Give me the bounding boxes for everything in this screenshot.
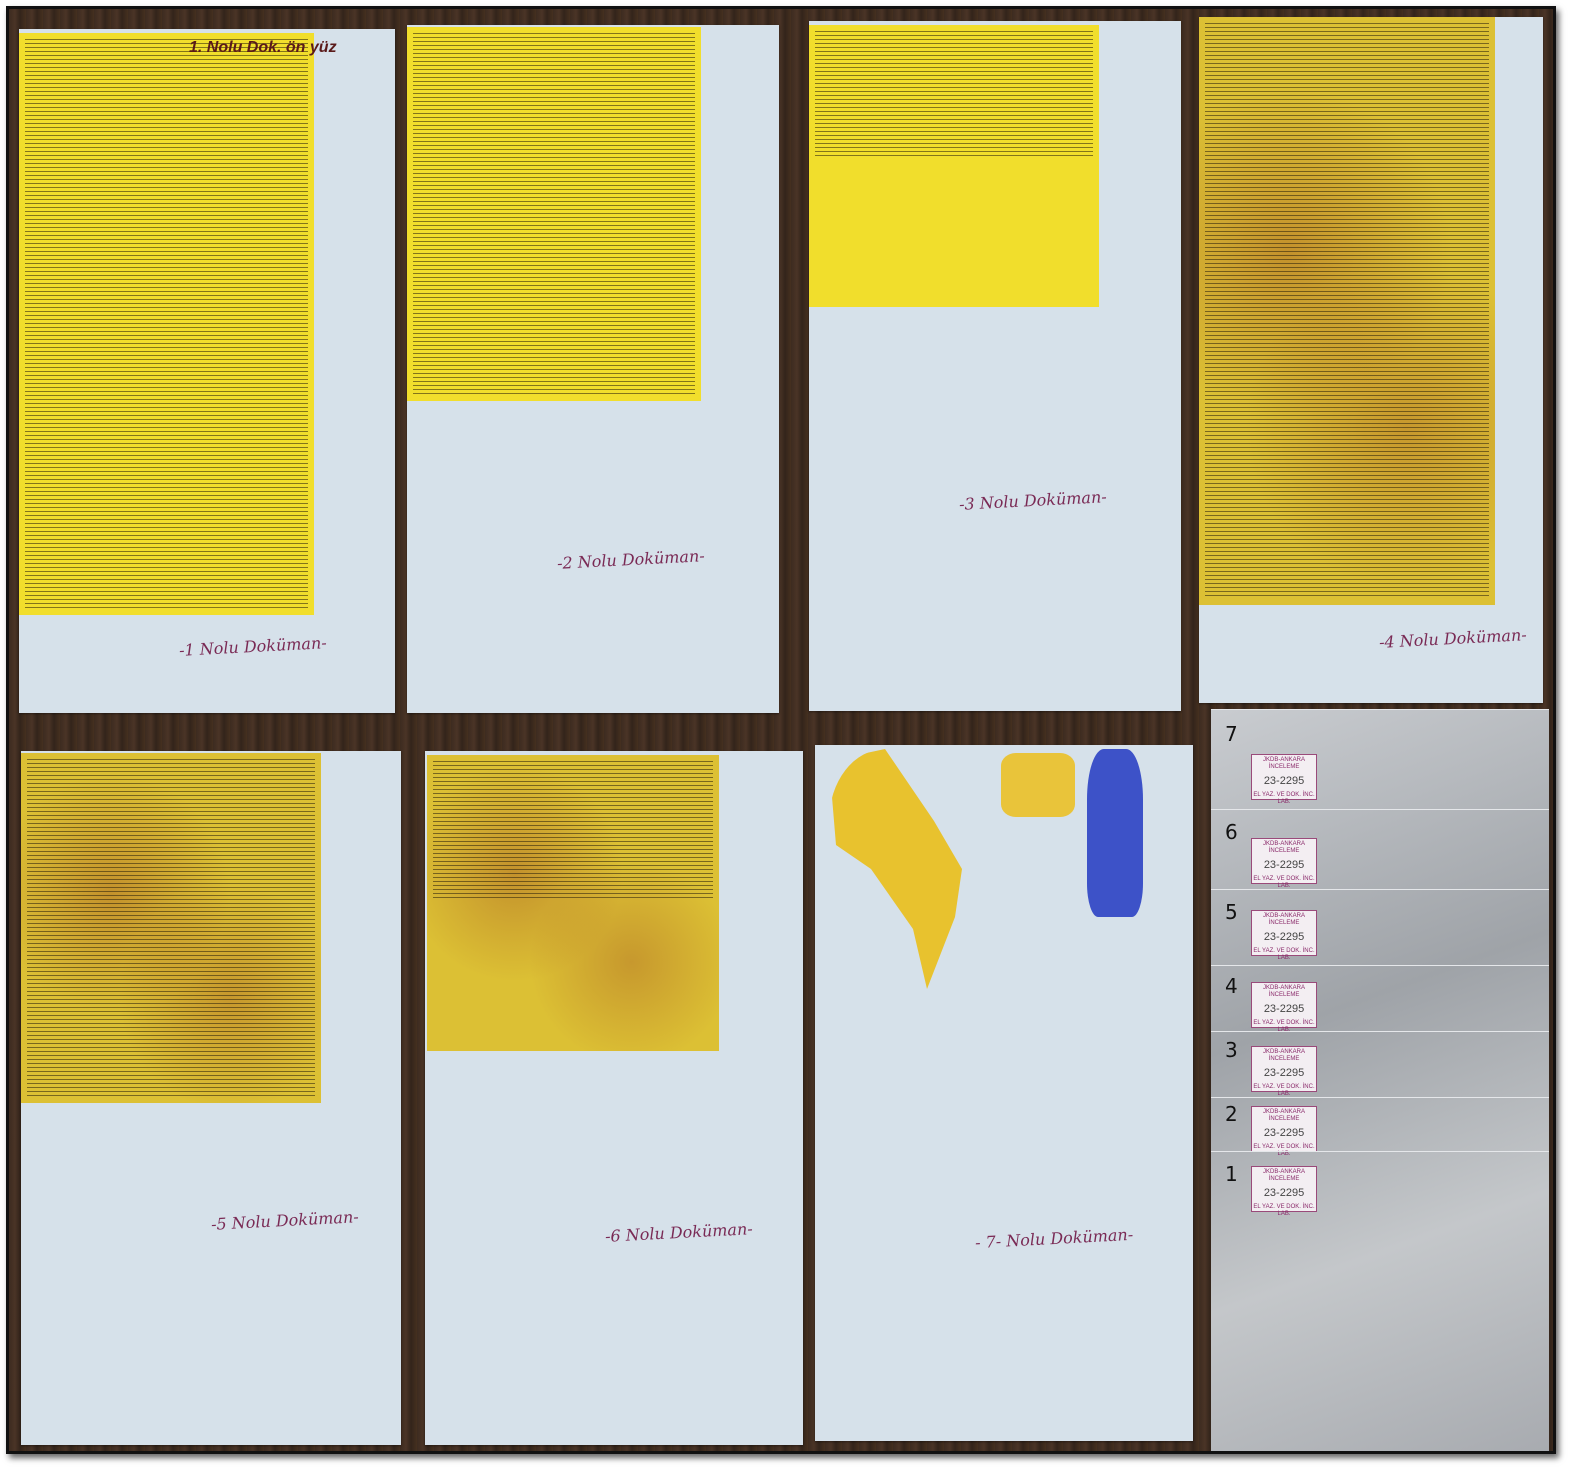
evidence-stamp-7: JKDB-ANKARA İNCELEME 23-2295 EL YAZ. VE … (1251, 754, 1317, 800)
document-2-paper (407, 27, 701, 401)
evidence-sleeves: 7 JKDB-ANKARA İNCELEME 23-2295 EL YAZ. V… (1211, 709, 1549, 1451)
sleeve-7: 7 JKDB-ANKARA İNCELEME 23-2295 EL YAZ. V… (1211, 709, 1549, 775)
document-3-label: -3 Nolu Doküman- (959, 487, 1107, 514)
sleeve-6: 6 JKDB-ANKARA İNCELEME 23-2295 EL YAZ. V… (1211, 809, 1549, 875)
document-6-label: -6 Nolu Doküman- (605, 1219, 753, 1246)
document-1-sheet: 1. Nolu Dok. ön yüz -1 Nolu Doküman- (19, 29, 395, 713)
evidence-stamp-1: JKDB-ANKARA İNCELEME 23-2295 EL YAZ. VE … (1251, 1166, 1317, 1212)
sleeve-1: 1 JKDB-ANKARA İNCELEME 23-2295 EL YAZ. V… (1211, 1151, 1549, 1217)
document-4-paper (1199, 17, 1495, 605)
document-7-sheet: - 7- Nolu Doküman- (815, 745, 1193, 1441)
evidence-stamp-6: JKDB-ANKARA İNCELEME 23-2295 EL YAZ. VE … (1251, 838, 1317, 884)
document-1-top-note: 1. Nolu Dok. ön yüz (189, 39, 337, 57)
evidence-stamp-5: JKDB-ANKARA İNCELEME 23-2295 EL YAZ. VE … (1251, 910, 1317, 956)
document-3-sheet: -3 Nolu Doküman- (809, 21, 1181, 711)
document-5-label: -5 Nolu Doküman- (211, 1207, 359, 1234)
document-5-paper (21, 753, 321, 1103)
evidence-stamp-3: JKDB-ANKARA İNCELEME 23-2295 EL YAZ. VE … (1251, 1046, 1317, 1092)
sleeve-5: 5 JKDB-ANKARA İNCELEME 23-2295 EL YAZ. V… (1211, 889, 1549, 955)
document-4-label: -4 Nolu Doküman- (1379, 625, 1527, 652)
document-6-paper (427, 755, 719, 1051)
document-7-blue-plastic-fragment (1087, 749, 1143, 917)
evidence-stamp-4: JKDB-ANKARA İNCELEME 23-2295 EL YAZ. VE … (1251, 982, 1317, 1028)
document-6-sheet: -6 Nolu Doküman- (425, 751, 803, 1445)
sleeve-4: 4 JKDB-ANKARA İNCELEME 23-2295 EL YAZ. V… (1211, 965, 1549, 1031)
document-2-sheet: -2 Nolu Doküman- (407, 25, 779, 713)
sleeve-3: 3 JKDB-ANKARA İNCELEME 23-2295 EL YAZ. V… (1211, 1031, 1549, 1097)
evidence-stamp-2: JKDB-ANKARA İNCELEME 23-2295 EL YAZ. VE … (1251, 1106, 1317, 1152)
document-1-paper (19, 33, 314, 615)
document-1-label: -1 Nolu Doküman- (179, 633, 327, 660)
document-7-small-yellow-fragment (1001, 753, 1075, 817)
document-2-label: -2 Nolu Doküman- (557, 546, 705, 573)
document-7-torn-yellow-fragment (829, 749, 969, 989)
document-5-sheet: -5 Nolu Doküman- (21, 751, 401, 1445)
document-3-paper (809, 25, 1099, 307)
document-4-sheet: -4 Nolu Doküman- (1199, 17, 1543, 703)
document-7-label: - 7- Nolu Doküman- (975, 1225, 1134, 1252)
photo-frame: 1. Nolu Dok. ön yüz -1 Nolu Doküman- -2 … (6, 6, 1556, 1454)
